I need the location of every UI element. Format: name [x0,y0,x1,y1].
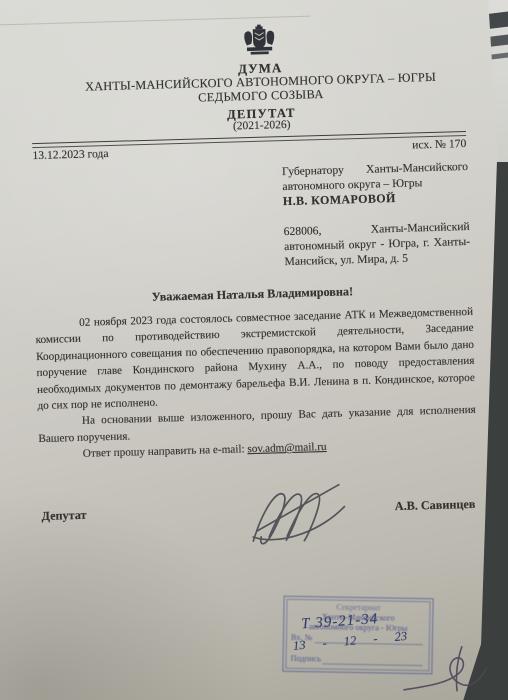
addressee-address: 628006, Ханты-Мансийский автономный окру… [283,219,470,270]
handwritten-signature [242,474,356,553]
stamp-sign-label: Подпись [290,654,321,664]
incoming-stamp: Секретариат Ханты-Мансийского автономног… [282,596,433,675]
addressee-name: Н.В. КОМАРОВОЙ [283,189,469,209]
signer-position: Депутат [41,508,86,524]
letter-date: 13.12.2023 года [32,147,108,162]
document-photo: ДУМА ХАНТЫ-МАНСИЙСКОГО АВТОНОМНОГО ОКРУГ… [0,0,508,700]
coat-of-arms-icon [241,23,278,60]
letter-content: ДУМА ХАНТЫ-МАНСИЙСКОГО АВТОНОМНОГО ОКРУГ… [0,0,508,700]
reply-request-text: Ответ прошу направить на e-mail: [83,443,248,460]
outgoing-number: исх. № 170 [412,137,466,152]
signer-name: А.В. Савинцев [395,497,476,514]
reply-email: sov.adm@mail.ru [247,441,326,455]
body-paragraph-1: 02 ноября 2023 года состоялось совместно… [35,304,476,415]
stamp-signature-flourish [400,640,493,700]
letter-body: 02 ноября 2023 года состоялось совместно… [35,304,477,464]
addressee-block: Губернатору Ханты-Мансийского автономног… [282,159,471,269]
